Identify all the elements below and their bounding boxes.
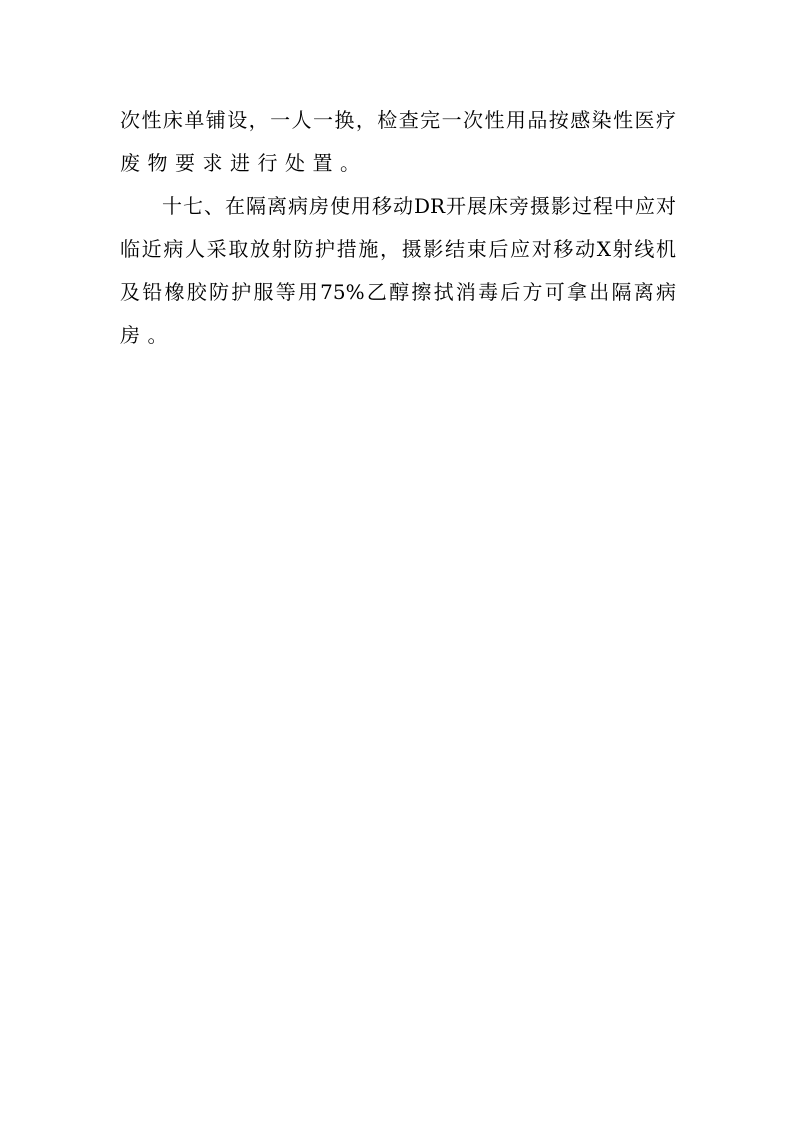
text-line: 房。	[120, 319, 676, 362]
document-page: 次性床单铺设，一人一换，检查完一次性用品按感染性医疗 废物要求进行处置。 十七、…	[0, 0, 794, 1123]
text-line: 及铅橡胶防护服等用75%乙醇擦拭消毒后方可拿出隔离病	[120, 276, 676, 319]
text-line: 十七、在隔离病房使用移动DR开展床旁摄影过程中应对	[120, 190, 676, 233]
paragraph-continuation: 次性床单铺设，一人一换，检查完一次性用品按感染性医疗 废物要求进行处置。	[120, 104, 676, 190]
text-line: 废物要求进行处置。	[120, 147, 676, 190]
paragraph-item-17: 十七、在隔离病房使用移动DR开展床旁摄影过程中应对 临近病人采取放射防护措施，摄…	[120, 190, 676, 362]
text-line: 临近病人采取放射防护措施，摄影结束后应对移动X射线机	[120, 233, 676, 276]
text-line: 次性床单铺设，一人一换，检查完一次性用品按感染性医疗	[120, 104, 676, 147]
document-body: 次性床单铺设，一人一换，检查完一次性用品按感染性医疗 废物要求进行处置。 十七、…	[120, 104, 676, 362]
